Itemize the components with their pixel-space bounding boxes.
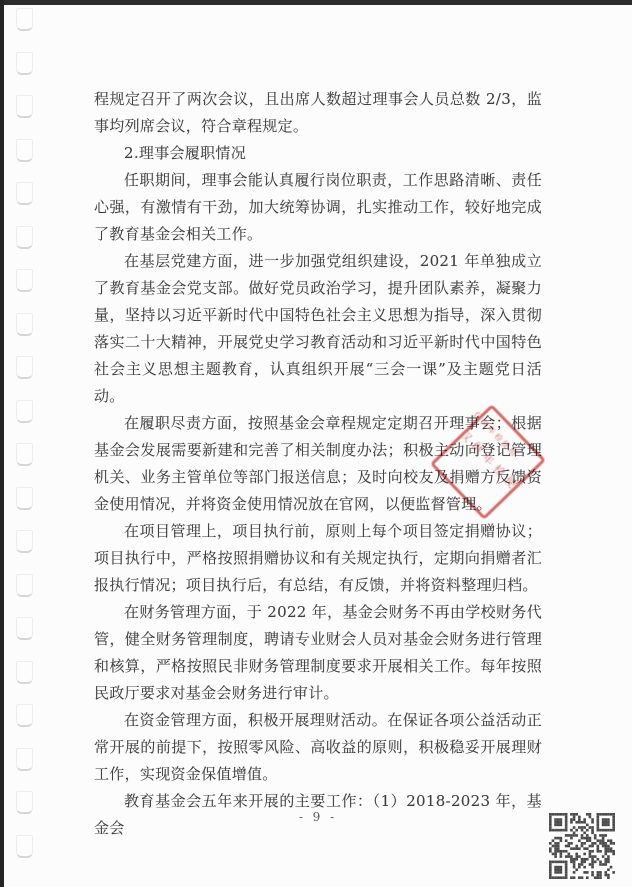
qr-code [548, 813, 616, 879]
paragraph: 在财务管理方面，于 2022 年，基金会财务不再由学校财务代管，健全财务管理制度… [94, 599, 542, 707]
binding-hole [16, 835, 33, 858]
scan-edge-left [0, 0, 4, 887]
binding-hole [16, 791, 33, 814]
binding-hole [16, 487, 33, 510]
paragraph: 在履职尽责方面，按照基金会章程规定定期召开理事会；根据基金会发展需要新建和完善了… [94, 410, 542, 518]
binding-hole [16, 574, 33, 597]
binding-hole [16, 530, 33, 553]
binding-hole [16, 661, 33, 684]
binding-hole [16, 182, 33, 205]
qr-code-pattern [548, 813, 616, 879]
binding-hole [16, 617, 33, 640]
page-number: - 9 - [94, 810, 542, 824]
binding-hole [16, 226, 33, 249]
paragraph: 在项目管理上，项目执行前，原则上每个项目签定捐赠协议；项目执行中，严格按照捐赠协… [94, 518, 542, 599]
binding-hole [16, 52, 33, 75]
paragraph: 任职期间，理事会能认真履行岗位职责，工作思路清晰、责任心强，有激情有干劲，加大统… [94, 167, 542, 248]
binding-hole [16, 269, 33, 292]
paragraph: 2.理事会履职情况 [94, 140, 542, 167]
scan-edge-top [0, 0, 632, 5]
binding-hole [16, 400, 33, 423]
paragraph: 程规定召开了两次会议，且出席人数超过理事会人员总数 2/3，监事均列席会议，符合… [94, 86, 542, 140]
binding-hole [16, 8, 33, 31]
binding-hole [16, 95, 33, 118]
paragraph: 在资金管理方面，积极开展理财活动。在保证各项公益活动正常开展的前提下，按照零风险… [94, 707, 542, 788]
binding-hole [16, 139, 33, 162]
binding-hole [16, 313, 33, 336]
binding-hole [16, 748, 33, 771]
binding-hole [16, 704, 33, 727]
scanned-document-page: 程规定召开了两次会议，且出席人数超过理事会人员总数 2/3，监事均列席会议，符合… [0, 0, 632, 887]
binding-hole [16, 356, 33, 379]
binding-hole [16, 443, 33, 466]
document-body-text: 程规定召开了两次会议，且出席人数超过理事会人员总数 2/3，监事均列席会议，符合… [94, 86, 542, 842]
paragraph: 在基层党建方面，进一步加强党组织建设，2021 年单独成立了教育基金会党支部。做… [94, 248, 542, 410]
binding-holes [0, 0, 40, 887]
